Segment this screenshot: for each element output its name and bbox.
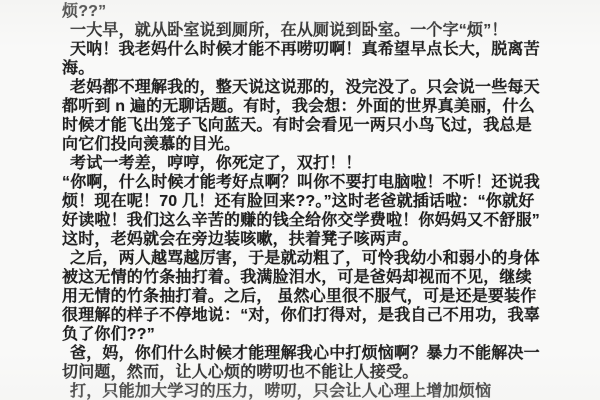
text-line: 天呐！我老妈什么时候才能不再唠叨啊！真希望早点长大，脱离苦 bbox=[62, 40, 538, 59]
text-line: 负了你们??” bbox=[62, 325, 538, 344]
text-line: 好读啦！我们这么辛苦的赚的钱全给你交学费啦！你妈妈又不舒服” bbox=[62, 211, 538, 230]
text-line: 海。 bbox=[62, 59, 538, 78]
essay-text-block: 烦??”一大早，就从卧室说到厕所，在从厕说到卧室。一个字“烦”！天呐！我老妈什么… bbox=[62, 2, 538, 400]
text-line: 切问题，然而，让人心烦的唠叨也不能让人接受。 bbox=[62, 363, 538, 382]
text-line: 老妈都不理解我的，整天说这说那的，没完没了。只会说一些每天 bbox=[62, 78, 538, 97]
text-line: 烦??” bbox=[62, 2, 538, 21]
text-line: 这时，老妈就会在旁边装咳嗽，扶着凳子咳两声。 bbox=[62, 230, 538, 249]
text-line: 考试一考差，哼哼，你死定了，双打！！ bbox=[62, 154, 538, 173]
text-line: 爸，妈，你们什么时候才能理解我心中打烦恼啊？暴力不能解决一 bbox=[62, 344, 538, 363]
text-line: 都听到 n 遍的无聊话题。有时，我会想：外面的世界真美丽，什么 bbox=[62, 97, 538, 116]
text-line: 向它们投向羡慕的目光。 bbox=[62, 135, 538, 154]
text-line: 一大早，就从卧室说到厕所，在从厕说到卧室。一个字“烦”！ bbox=[62, 21, 538, 40]
scanned-document-page: 烦??”一大早，就从卧室说到厕所，在从厕说到卧室。一个字“烦”！天呐！我老妈什么… bbox=[0, 0, 600, 400]
text-line: 时候才能飞出笼子飞向蓝天。有时会看见一两只小鸟飞过，我总是 bbox=[62, 116, 538, 135]
text-line: 用无情的竹条抽打着。之后， 虽然心里很不服气，可是还是要装作 bbox=[62, 287, 538, 306]
text-line: 烦！现在呢！70 几！还有脸回来??。”这时老爸就插话啦：“你就好 bbox=[62, 192, 538, 211]
text-line: 之后，两人越骂越厉害，于是就动粗了，可怜我幼小和弱小的身体 bbox=[62, 249, 538, 268]
text-line: “你啊，什么时候才能考好点啊？叫你不要打电脑啦！不听！还说我 bbox=[62, 173, 538, 192]
text-line: 被这无情的竹条抽打着。我满脸泪水，可是爸妈却视而不见，继续 bbox=[62, 268, 538, 287]
text-line: 打，只能加大学习的压力，唠叨，只会让人心理上增加烦恼 bbox=[62, 382, 538, 400]
text-line: 很理解的样子不停地说：“对，你们打得对，是我自己不用功，我辜 bbox=[62, 306, 538, 325]
